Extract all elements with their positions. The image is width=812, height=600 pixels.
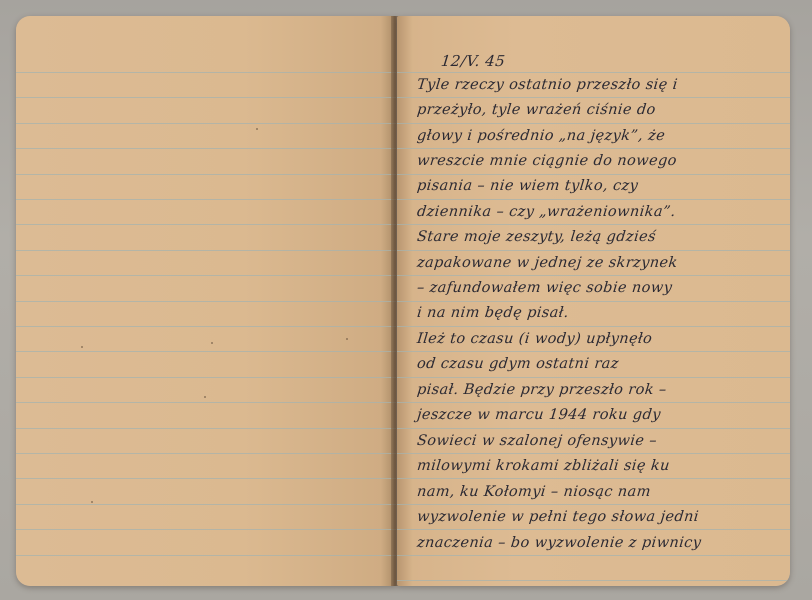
- handwritten-line: znaczenia – bo wyzwolenie z piwnicy: [416, 535, 702, 551]
- ruled-line: [397, 555, 790, 556]
- handwritten-line: Ileż to czasu (i wody) upłynęło: [416, 331, 653, 347]
- handwritten-line: Tyle rzeczy ostatnio przeszło się i: [416, 77, 678, 93]
- handwritten-line: od czasu gdym ostatni raz: [416, 356, 619, 372]
- ruled-line: [16, 72, 396, 73]
- handwritten-line: głowy i pośrednio „na język”, że: [416, 128, 666, 144]
- left-page: [16, 16, 396, 586]
- paper-speck: [211, 342, 213, 344]
- handwritten-line: pisał. Będzie przy przeszło rok –: [416, 382, 667, 398]
- entry-date: 12/V. 45: [440, 52, 506, 70]
- handwritten-line: Stare moje zeszyty, leżą gdzieś: [416, 229, 657, 245]
- ruled-line: [16, 97, 396, 98]
- ruled-line: [16, 504, 396, 505]
- ruled-line: [397, 72, 790, 73]
- ruled-line: [397, 504, 790, 505]
- handwritten-line: jeszcze w marcu 1944 roku gdy: [416, 407, 661, 423]
- ruled-line: [397, 275, 790, 276]
- ruled-line: [397, 580, 790, 581]
- ruled-line: [397, 174, 790, 175]
- ruled-line: [16, 148, 396, 149]
- paper-speck: [256, 128, 258, 130]
- ruled-line: [397, 402, 790, 403]
- ruled-line: [16, 275, 396, 276]
- ruled-line: [397, 453, 790, 454]
- ruled-line: [397, 224, 790, 225]
- handwritten-line: nam, ku Kołomyi – niosąc nam: [416, 484, 651, 500]
- ruled-line: [397, 529, 790, 530]
- ruled-line: [397, 478, 790, 479]
- ruled-line: [397, 301, 790, 302]
- ruled-line: [16, 402, 396, 403]
- ruled-line: [16, 377, 396, 378]
- ruled-line: [16, 250, 396, 251]
- ruled-line: [16, 326, 396, 327]
- ruled-line: [16, 453, 396, 454]
- open-notebook: 12/V. 45 Tyle rzeczy ostatnio przeszło s…: [12, 12, 794, 590]
- ruled-line: [397, 428, 790, 429]
- handwritten-line: milowymi krokami zbliżali się ku: [416, 458, 670, 474]
- ruled-line: [397, 123, 790, 124]
- ruled-line: [397, 326, 790, 327]
- paper-speck: [91, 501, 93, 503]
- ruled-line: [16, 428, 396, 429]
- ruled-line: [16, 123, 396, 124]
- paper-speck: [204, 396, 206, 398]
- ruled-line: [397, 199, 790, 200]
- ruled-line: [397, 377, 790, 378]
- ruled-line: [397, 351, 790, 352]
- handwritten-line: dziennika – czy „wrażeniownika”.: [416, 204, 676, 220]
- paper-speck: [81, 346, 83, 348]
- right-page: 12/V. 45 Tyle rzeczy ostatnio przeszło s…: [397, 16, 790, 586]
- ruled-line: [16, 199, 396, 200]
- notebook-scene: 12/V. 45 Tyle rzeczy ostatnio przeszło s…: [0, 0, 812, 600]
- ruled-line: [397, 148, 790, 149]
- handwritten-line: – zafundowałem więc sobie nowy: [416, 280, 673, 296]
- ruled-line: [16, 351, 396, 352]
- ruled-line: [16, 301, 396, 302]
- handwritten-line: Sowieci w szalonej ofensywie –: [416, 433, 658, 449]
- paper-speck: [346, 338, 348, 340]
- handwritten-line: wyzwolenie w pełni tego słowa jedni: [416, 509, 700, 525]
- handwritten-line: przeżyło, tyle wrażeń ciśnie do: [416, 102, 656, 118]
- ruled-line: [16, 224, 396, 225]
- ruled-line: [397, 97, 790, 98]
- handwritten-line: zapakowane w jednej ze skrzynek: [416, 255, 678, 271]
- ruled-line: [16, 529, 396, 530]
- ruled-line: [16, 174, 396, 175]
- handwritten-line: pisania – nie wiem tylko, czy: [416, 178, 639, 194]
- ruled-line: [16, 478, 396, 479]
- ruled-line: [397, 250, 790, 251]
- handwritten-line: i na nim będę pisał.: [416, 305, 570, 321]
- handwritten-line: wreszcie mnie ciągnie do nowego: [416, 153, 678, 169]
- ruled-line: [16, 555, 396, 556]
